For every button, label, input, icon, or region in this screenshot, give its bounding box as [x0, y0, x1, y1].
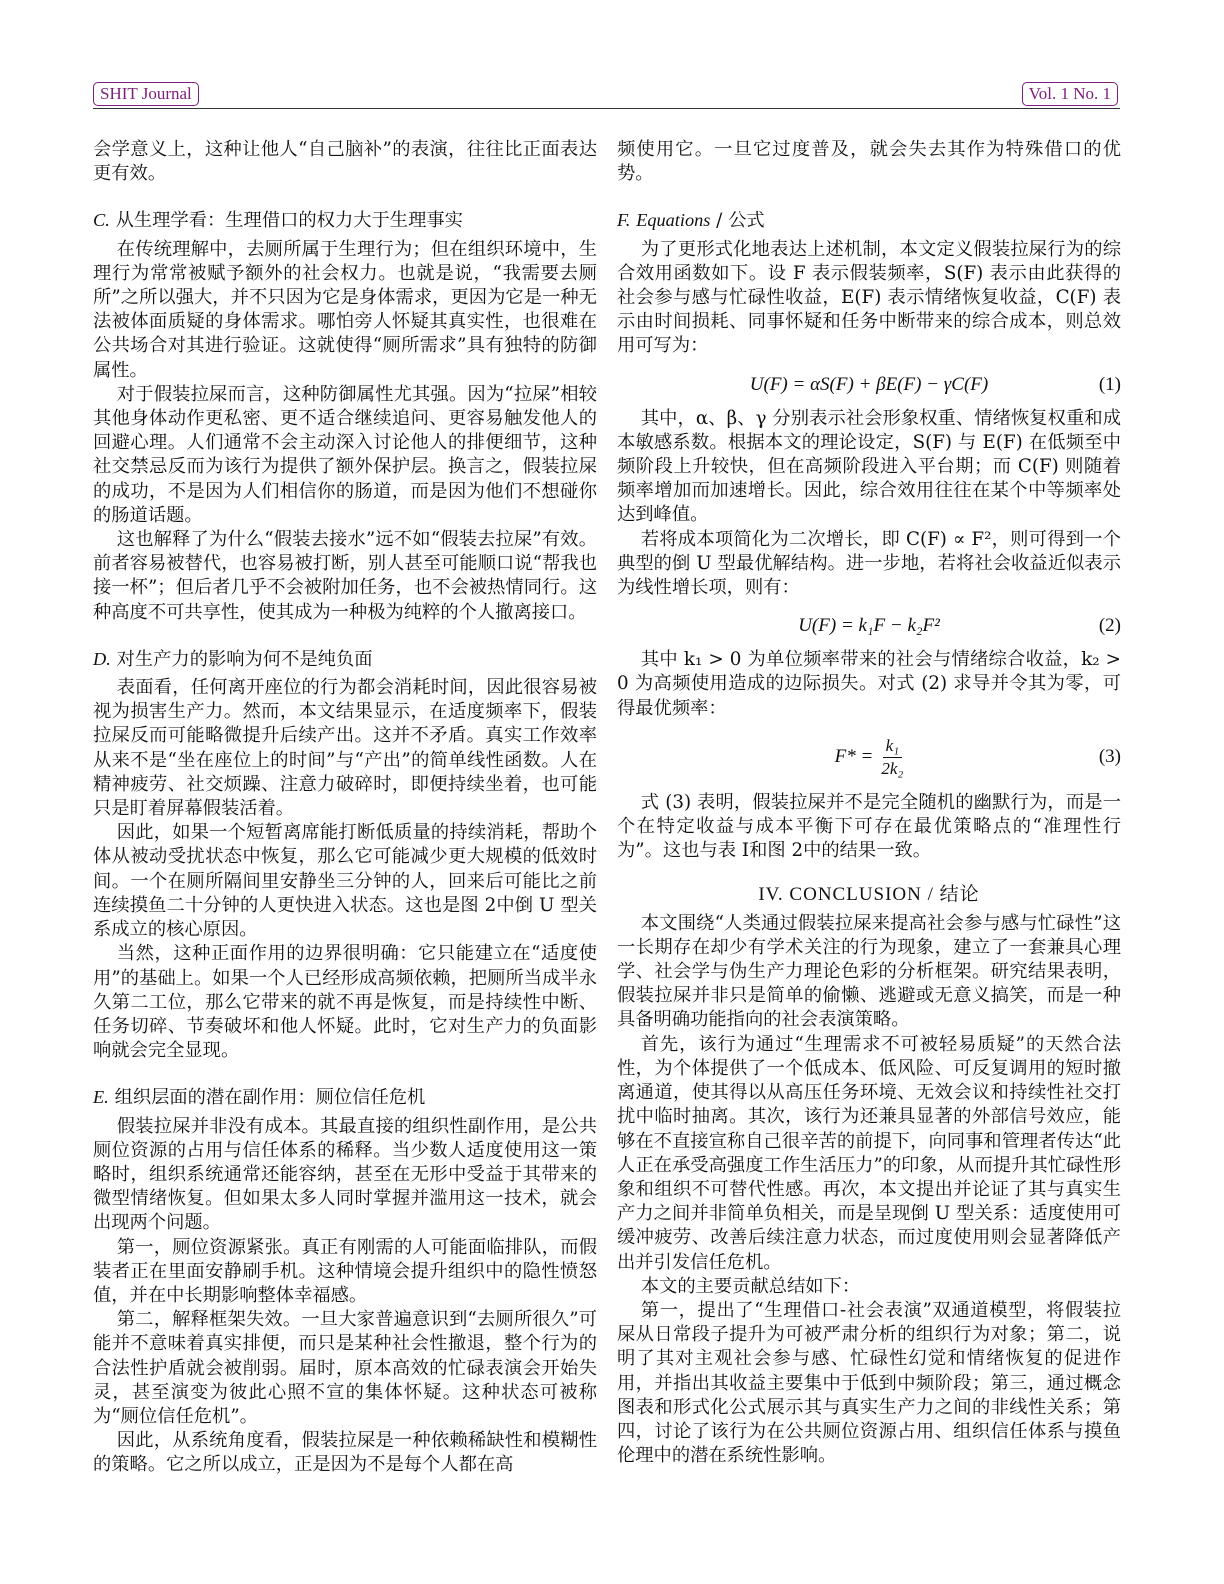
paragraph: 这也解释了为什么“假装去接水”远不如“假装去拉屎”有效。前者容易被替代，也容易被…: [93, 528, 597, 625]
section-heading-conclusion: IV. CONCLUSION / 结论: [617, 883, 1121, 907]
paragraph: 因此，从系统角度看，假装拉屎是一种依赖稀缺性和模糊性的策略。它之所以成立，正是因…: [93, 1429, 597, 1477]
paragraph: 本文围绕“人类通过假装拉屎来提高社会参与感与忙碌性”这一长期存在却少有学术关注的…: [617, 912, 1121, 1033]
subsection-heading-c: C. 从生理学看：生理借口的权力大于生理事实: [93, 208, 597, 233]
equation-2: U(F) = k₁F − k₂F² (2): [617, 610, 1121, 644]
equation-body: F* = k₁ 2k₂: [617, 735, 1121, 780]
subsection-label: F.: [617, 210, 630, 230]
subsection-label: D.: [93, 649, 111, 669]
paragraph: 在传统理解中，去厕所属于生理行为；但在组织环境中，生理行为常常被赋予额外的社会权…: [93, 238, 597, 383]
paragraph: 假装拉屎并非没有成本。其最直接的组织性副作用，是公共厕位资源的占用与信任体系的稀…: [93, 1115, 597, 1236]
equation-lhs: F* =: [835, 745, 874, 769]
paragraph: 因此，如果一个短暂离席能打断低质量的持续消耗，帮助个体从被动受扰状态中恢复，那么…: [93, 821, 597, 942]
subsection-title-zh: 公式: [728, 210, 765, 231]
journal-name-badge: SHIT Journal: [93, 82, 199, 106]
paragraph: 当然，这种正面作用的边界很明确：它只能建立在“适度使用”的基础上。如果一个人已经…: [93, 942, 597, 1063]
running-header: SHIT Journal Vol. 1 No. 1: [93, 82, 1120, 109]
subsection-title: 从生理学看：生理借口的权力大于生理事实: [116, 210, 463, 231]
paragraph: 首先，该行为通过“生理需求不可被轻易质疑”的天然合法性，为个体提供了一个低成本、…: [617, 1033, 1121, 1275]
subsection-heading-f: F. Equations / 公式: [617, 208, 1121, 233]
equation-number: (1): [1099, 373, 1121, 397]
equation-number: (2): [1099, 614, 1121, 638]
paragraph: 若将成本项简化为二次增长，即 C(F) ∝ F²，则可得到一个典型的倒 U 型最…: [617, 528, 1121, 601]
paragraph: 会学意义上，这种让他人“自己脑补”的表演，往往比正面表达更有效。: [93, 138, 597, 186]
subsection-label: C.: [93, 210, 110, 230]
paragraph: 式 (3) 表明，假装拉屎并不是完全随机的幽默行为，而是一个在特定收益与成本平衡…: [617, 791, 1121, 864]
equation-body: U(F) = αS(F) + βE(F) − γC(F): [617, 373, 1121, 397]
numerator: k₁: [883, 735, 902, 758]
volume-badge: Vol. 1 No. 1: [1022, 82, 1118, 106]
subsection-label: E.: [93, 1087, 109, 1107]
right-column: 频使用它。一旦它过度普及，就会失去其作为特殊借口的优势。 F. Equation…: [617, 138, 1121, 1468]
paragraph: 本文的主要贡献总结如下：: [617, 1275, 1121, 1299]
paragraph: 其中，α、β、γ 分别表示社会形象权重、情绪恢复权重和成本敏感系数。根据本文的理…: [617, 407, 1121, 528]
paragraph: 第一，提出了“生理借口-社会表演”双通道模型，将假装拉屎从日常段子提升为可被严肃…: [617, 1299, 1121, 1468]
paragraph: 第一，厕位资源紧张。真正有刚需的人可能面临排队，而假装者正在里面安静刷手机。这种…: [93, 1236, 597, 1309]
subsection-title-en: Equations: [636, 210, 710, 230]
paragraph: 第二，解释框架失效。一旦大家普遍意识到“去厕所很久”可能并不意味着真实排便，而只…: [93, 1308, 597, 1429]
title-separator: /: [710, 210, 728, 231]
paragraph: 为了更形式化地表达上述机制，本文定义假装拉屎行为的综合效用函数如下。设 F 表示…: [617, 238, 1121, 359]
paragraph: 对于假装拉屎而言，这种防御属性尤其强。因为“拉屎”相较其他身体动作更私密、更不适…: [93, 383, 597, 528]
subsection-heading-e: E. 组织层面的潜在副作用：厕位信任危机: [93, 1085, 597, 1110]
subsection-title: 对生产力的影响为何不是纯负面: [117, 649, 373, 670]
subsection-heading-d: D. 对生产力的影响为何不是纯负面: [93, 647, 597, 672]
paragraph: 表面看，任何离开座位的行为都会消耗时间，因此很容易被视为损害生产力。然而，本文结…: [93, 676, 597, 821]
paragraph: 频使用它。一旦它过度普及，就会失去其作为特殊借口的优势。: [617, 138, 1121, 186]
equation-1: U(F) = αS(F) + βE(F) − γC(F) (1): [617, 369, 1121, 403]
fraction: k₁ 2k₂: [881, 735, 903, 780]
paragraph: 其中 k₁ > 0 为单位频率带来的社会与情绪综合收益，k₂ > 0 为高频使用…: [617, 648, 1121, 721]
subsection-title: 组织层面的潜在副作用：厕位信任危机: [115, 1087, 426, 1108]
left-column: 会学意义上，这种让他人“自己脑补”的表演，往往比正面表达更有效。 C. 从生理学…: [93, 138, 597, 1478]
denominator: 2k₂: [881, 758, 903, 780]
equation-number: (3): [1099, 745, 1121, 769]
equation-3: F* = k₁ 2k₂ (3): [617, 731, 1121, 787]
equation-body: U(F) = k₁F − k₂F²: [617, 614, 1121, 638]
